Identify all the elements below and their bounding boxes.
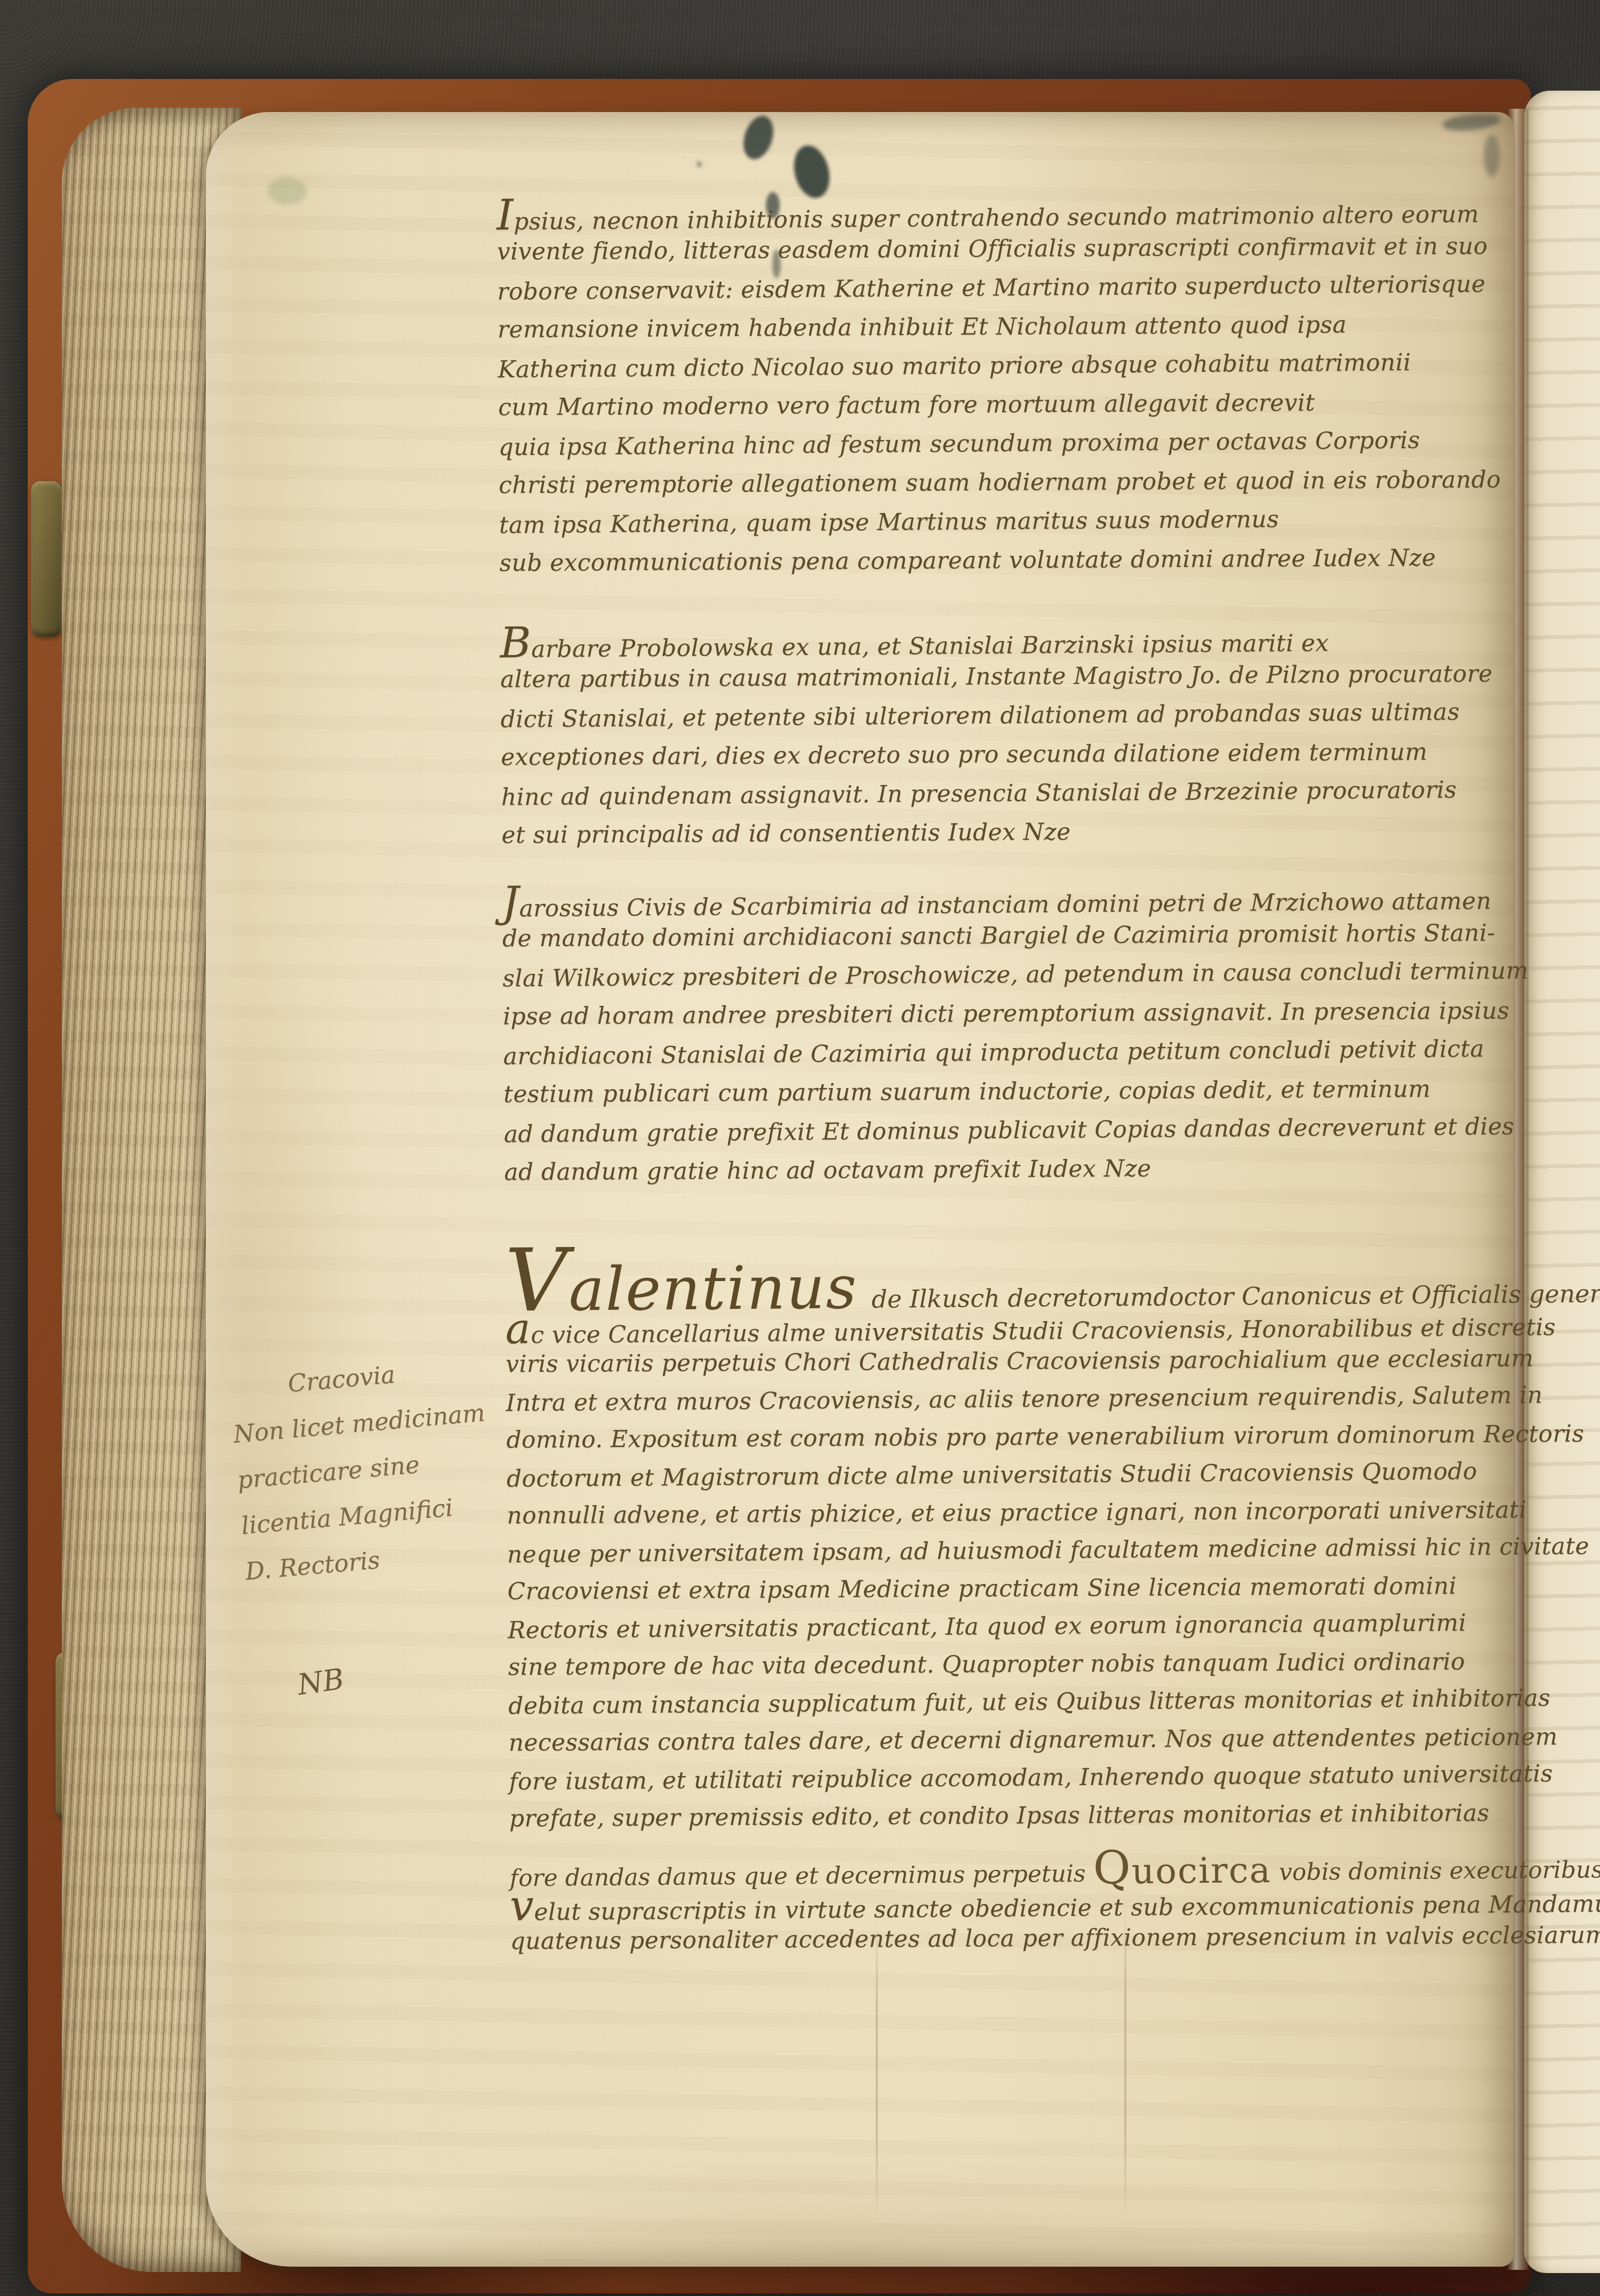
ink-blot xyxy=(738,112,778,163)
ink-blot xyxy=(789,142,835,202)
ink-speck xyxy=(697,161,702,167)
manuscript-line: exceptiones dari, dies ex decreto suo pr… xyxy=(501,738,1514,783)
manuscript-line: Barbare Probolowska ex una, et Stanislai… xyxy=(500,620,1514,667)
quocirca-after: vobis dominis executoribus xyxy=(1271,1856,1600,1886)
ink-smudge-top-right xyxy=(1484,134,1500,177)
manuscript-left-page: CracoviaNon licet medicinampracticare si… xyxy=(206,112,1514,2267)
manuscript-line: Ipsius, necnon inhibitionis super contra… xyxy=(497,193,1510,239)
court-entry-3: Jarossius Civis de Scarbimiria ad instan… xyxy=(502,879,1518,1199)
nota-bene-mark: NB xyxy=(295,1662,346,1701)
manuscript-line: fore iustam, et utilitati reipublice acc… xyxy=(509,1760,1522,1806)
quocirca-line: fore dandas damus que et decernimus perp… xyxy=(509,1836,1523,1891)
quocirca-word: Quocirca xyxy=(1093,1840,1271,1895)
manuscript-line: remansione invicem habenda inhibuit Et N… xyxy=(498,310,1511,355)
paper-crease xyxy=(876,1920,878,2219)
manuscript-line: archidiaconi Stanislai de Cazimiria qui … xyxy=(503,1035,1517,1082)
court-entry-1: Ipsius, necnon inhibitionis super contra… xyxy=(497,193,1513,590)
manuscript-line: christi peremptorie allegationem suam ho… xyxy=(499,466,1512,511)
manuscript-line: Cracoviensi et extra ipsam Medicine prac… xyxy=(507,1572,1521,1615)
manuscript-line: ad dandum gratie prefixit Et dominus pub… xyxy=(504,1113,1518,1160)
manuscript-line: ad dandum gratie hinc ad octavam prefixi… xyxy=(504,1153,1517,1198)
photograph-background: CracoviaNon licet medicinampracticare si… xyxy=(0,0,1600,2296)
manuscript-line: sine tempore de hac vita decedunt. Quapr… xyxy=(508,1647,1522,1691)
ink-smudge-top-right xyxy=(1442,111,1502,133)
manuscript-line: dicti Stanislai, et petente sibi ulterio… xyxy=(500,698,1514,745)
manuscript-line: tam ipsa Katherina, quam ipse Martinus m… xyxy=(499,504,1513,551)
manuscript-line: viris vicariis perpetuis Chori Cathedral… xyxy=(506,1345,1519,1389)
manuscript-line: quatenus personaliter accedentes ad loca… xyxy=(510,1922,1524,1965)
manuscript-line: prefate, super premissis edito, et condi… xyxy=(509,1799,1523,1843)
green-stain xyxy=(268,177,307,205)
manuscript-line: et sui principalis ad id consentientis I… xyxy=(501,816,1515,861)
manuscript-line: debita cum instancia supplicatum fuit, u… xyxy=(508,1685,1522,1731)
manuscript-line: ac vice Cancellarius alme universitatis … xyxy=(505,1306,1518,1352)
act-heading: Valentinusde Ilkusch decretorumdoctor Ca… xyxy=(505,1223,1518,1311)
manuscript-line: slai Wilkowicz presbiteri de Proschowicz… xyxy=(502,957,1516,1004)
manuscript-line: nonnulli advene, et artis phizice, et ei… xyxy=(507,1497,1520,1540)
act-body-upper: ac vice Cancellarius alme universitatis … xyxy=(505,1306,1523,1844)
manuscript-line: ipse ad horam andree presbiteri dicti pe… xyxy=(503,997,1516,1042)
manuscript-line: altera partibus in causa matrimoniali, I… xyxy=(500,660,1514,705)
manuscript-line: robore conservavit: eisdem Katherine et … xyxy=(497,270,1511,317)
manuscript-text-block: Ipsius, necnon inhibitionis super contra… xyxy=(497,193,1524,1967)
manuscript-line: velut suprascriptis in virtute sancte ob… xyxy=(510,1883,1523,1929)
manuscript-line: Intra et extra muros Cracoviensis, ac al… xyxy=(506,1382,1519,1428)
manuscript-line: Jarossius Civis de Scarbimiria ad instan… xyxy=(502,879,1516,926)
court-entry-2: Barbare Probolowska ex una, et Stanislai… xyxy=(500,620,1515,862)
manuscript-line: de mandato domini archidiaconi sancti Ba… xyxy=(502,919,1516,964)
manuscript-line: quia ipsa Katherina hinc ad festum secun… xyxy=(498,426,1512,473)
manuscript-line: Katherina cum dicto Nicolao suo marito p… xyxy=(498,348,1511,395)
manuscript-line: Rectoris et universitatis practicant, It… xyxy=(508,1609,1521,1655)
manuscript-line: testium publicari cum partium suarum ind… xyxy=(503,1075,1517,1120)
manuscript-line: cum Martino moderno vero factum fore mor… xyxy=(498,388,1511,433)
act-body-lower: velut suprascriptis in virtute sancte ob… xyxy=(510,1883,1524,1966)
manuscript-line: neque per universitatem ipsam, ad huiusm… xyxy=(507,1533,1521,1579)
brass-clasp-upper xyxy=(31,481,62,637)
manuscript-line: hinc ad quindenam assignavit. In presenc… xyxy=(501,776,1515,823)
manuscript-line: doctorum et Magistrorum dicte alme unive… xyxy=(507,1458,1520,1503)
manuscript-line: necessarias contra tales dare, et decern… xyxy=(509,1723,1522,1767)
manuscript-line: domino. Expositum est coram nobis pro pa… xyxy=(506,1421,1519,1465)
manuscript-line: sub excommunicationis pena compareant vo… xyxy=(499,544,1513,589)
manuscript-line: vivente fiendo, litteras easdem domini O… xyxy=(497,233,1510,277)
